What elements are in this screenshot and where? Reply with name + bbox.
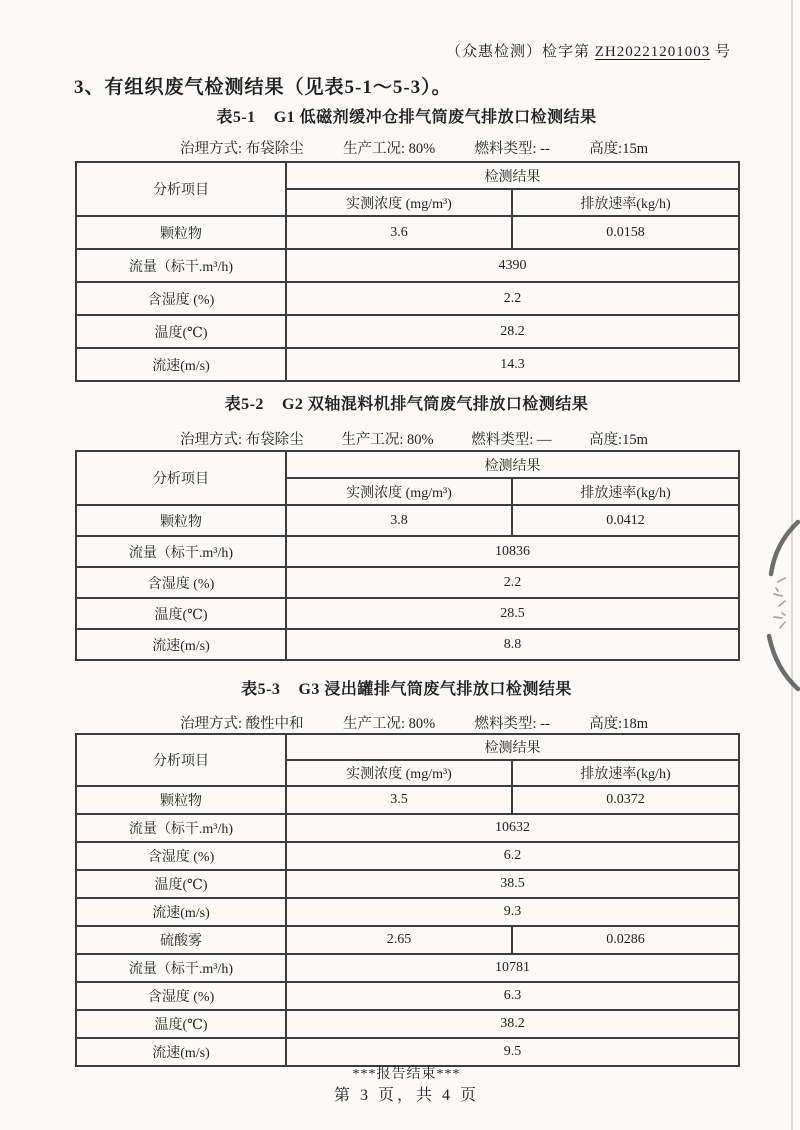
row-label: 颗粒物 [76,216,286,249]
table-5-1-title: 表5-1G1 低磁剂缓冲仓排气筒废气排放口检测结果 [75,104,738,127]
treatment-method: 治理方式: 布袋除尘 [180,428,304,449]
treatment-method: 治理方式: 酸性中和 [180,712,304,733]
row-value: 28.5 [286,598,739,629]
table-5-1-meta: 治理方式: 布袋除尘 生产工况: 80% 燃料类型: -- 高度:15m [180,137,648,158]
table-5-2: 分析项目 检测结果 实测浓度 (mg/m³) 排放速率(kg/h) 颗粒物 3.… [75,450,740,661]
row-label: 含湿度 (%) [76,842,286,870]
table-5-2-caption: G2 双轴混料机排气筒废气排放口检测结果 [282,396,588,413]
report-number: ZH20221201003 [595,44,711,60]
stack-height: 高度:15m [589,428,648,449]
row-value: 28.2 [286,315,739,348]
table-row: 颗粒物 3.5 0.0372 [76,786,739,814]
row-rate: 0.0372 [512,786,739,814]
report-number-prefix: （众惠检测）检字第 [446,44,595,60]
row-value: 9.5 [286,1038,739,1066]
col-rate-header: 排放速率(kg/h) [512,760,739,786]
row-concentration: 3.5 [286,786,512,814]
col-result-header: 检测结果 [286,451,739,478]
section-title: 3、有组织废气检测结果（见表5-1～5-3）。 [74,72,452,99]
col-concentration-header: 实测浓度 (mg/m³) [286,760,512,786]
table-5-3-number: 表5-3 [241,681,280,698]
row-value: 10632 [286,814,739,842]
col-item-header: 分析项目 [76,162,286,216]
row-label: 含湿度 (%) [76,282,286,315]
row-label: 含湿度 (%) [76,982,286,1010]
table-row: 含湿度 (%) 6.3 [76,982,739,1010]
row-label: 流速(m/s) [76,348,286,381]
row-label: 流量（标干.m³/h) [76,954,286,982]
row-label: 硫酸雾 [76,926,286,954]
table-row: 含湿度 (%) 2.2 [76,567,739,598]
row-value: 8.8 [286,629,739,660]
page-number: 第 3 页，共 4 页 [75,1082,738,1105]
report-end-mark: ***报告结束*** [75,1063,738,1083]
table-row: 流量（标干.m³/h) 10781 [76,954,739,982]
production-condition: 生产工况: 80% [341,428,433,449]
table-5-2-number: 表5-2 [225,396,264,413]
row-label: 流速(m/s) [76,629,286,660]
table-5-1: 分析项目 检测结果 实测浓度 (mg/m³) 排放速率(kg/h) 颗粒物 3.… [75,161,740,382]
row-label: 颗粒物 [76,786,286,814]
row-value: 2.2 [286,282,739,315]
table-row: 温度(℃) 28.2 [76,315,739,348]
stack-height: 高度:18m [589,712,648,733]
table-5-2-title: 表5-2G2 双轴混料机排气筒废气排放口检测结果 [75,391,738,414]
row-value: 9.3 [286,898,739,926]
table-row: 流速(m/s) 8.8 [76,629,739,660]
table-row: 颗粒物 3.8 0.0412 [76,505,739,536]
table-row: 分析项目 检测结果 [76,451,739,478]
row-label: 温度(℃) [76,598,286,629]
table-row: 流量（标干.m³/h) 4390 [76,249,739,282]
row-concentration: 2.65 [286,926,512,954]
row-value: 2.2 [286,567,739,598]
row-label: 温度(℃) [76,315,286,348]
col-concentration-header: 实测浓度 (mg/m³) [286,189,512,216]
table-row: 分析项目 检测结果 [76,162,739,189]
row-label: 流速(m/s) [76,898,286,926]
row-label: 温度(℃) [76,1010,286,1038]
fuel-type: 燃料类型: -- [475,712,550,733]
row-value: 6.3 [286,982,739,1010]
table-row: 温度(℃) 38.5 [76,870,739,898]
table-row: 流速(m/s) 9.5 [76,1038,739,1066]
col-item-header: 分析项目 [76,451,286,505]
row-label: 颗粒物 [76,505,286,536]
report-page: （众惠检测）检字第 ZH20221201003 号 3、有组织废气检测结果（见表… [0,0,800,1130]
row-label: 流量（标干.m³/h) [76,814,286,842]
table-row: 硫酸雾 2.65 0.0286 [76,926,739,954]
row-rate: 0.0412 [512,505,739,536]
table-row: 分析项目 检测结果 [76,734,739,760]
fuel-type: 燃料类型: -- [475,137,550,158]
row-rate: 0.0158 [512,216,739,249]
col-result-header: 检测结果 [286,162,739,189]
table-5-2-meta: 治理方式: 布袋除尘 生产工况: 80% 燃料类型: — 高度:15m [180,428,648,449]
table-row: 流速(m/s) 9.3 [76,898,739,926]
table-5-1-number: 表5-1 [216,109,255,126]
row-value: 10836 [286,536,739,567]
row-concentration: 3.8 [286,505,512,536]
row-concentration: 3.6 [286,216,512,249]
report-number-suffix: 号 [710,44,731,60]
col-item-header: 分析项目 [76,734,286,786]
report-number-line: （众惠检测）检字第 ZH20221201003 号 [0,40,731,61]
fuel-type: 燃料类型: — [471,428,551,449]
row-value: 38.5 [286,870,739,898]
row-label: 流量（标干.m³/h) [76,536,286,567]
row-label: 流量（标干.m³/h) [76,249,286,282]
col-concentration-header: 实测浓度 (mg/m³) [286,478,512,505]
row-value: 6.2 [286,842,739,870]
row-label: 含湿度 (%) [76,567,286,598]
seal-stamp-partial [754,518,800,693]
row-label: 温度(℃) [76,870,286,898]
table-row: 流量（标干.m³/h) 10632 [76,814,739,842]
stack-height: 高度:15m [589,137,648,158]
table-row: 流量（标干.m³/h) 10836 [76,536,739,567]
col-rate-header: 排放速率(kg/h) [512,189,739,216]
table-row: 含湿度 (%) 2.2 [76,282,739,315]
row-value: 38.2 [286,1010,739,1038]
table-row: 温度(℃) 38.2 [76,1010,739,1038]
treatment-method: 治理方式: 布袋除尘 [180,137,304,158]
row-value: 14.3 [286,348,739,381]
table-5-3: 分析项目 检测结果 实测浓度 (mg/m³) 排放速率(kg/h) 颗粒物 3.… [75,733,740,1067]
table-row: 温度(℃) 28.5 [76,598,739,629]
row-value: 4390 [286,249,739,282]
table-5-1-caption: G1 低磁剂缓冲仓排气筒废气排放口检测结果 [274,109,597,126]
row-label: 流速(m/s) [76,1038,286,1066]
row-value: 10781 [286,954,739,982]
table-5-3-caption: G3 浸出罐排气筒废气排放口检测结果 [298,681,571,698]
table-row: 含湿度 (%) 6.2 [76,842,739,870]
table-5-3-meta: 治理方式: 酸性中和 生产工况: 80% 燃料类型: -- 高度:18m [180,712,648,733]
table-row: 颗粒物 3.6 0.0158 [76,216,739,249]
row-rate: 0.0286 [512,926,739,954]
table-5-3-title: 表5-3G3 浸出罐排气筒废气排放口检测结果 [75,676,738,699]
col-result-header: 检测结果 [286,734,739,760]
production-condition: 生产工况: 80% [343,137,435,158]
table-row: 流速(m/s) 14.3 [76,348,739,381]
production-condition: 生产工况: 80% [343,712,435,733]
col-rate-header: 排放速率(kg/h) [512,478,739,505]
